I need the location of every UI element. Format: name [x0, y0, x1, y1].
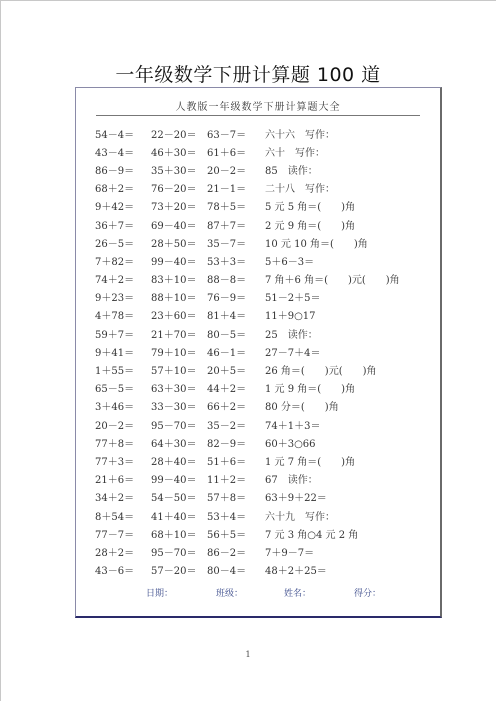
problem-row: 65－5＝63＋30＝44＋2＝1 元 9 角＝( )角 — [95, 379, 425, 397]
problem-cell: 53＋4＝ — [207, 508, 265, 523]
problem-cell: 60＋3○66 — [265, 435, 425, 450]
problem-cell: 78＋5＝ — [207, 198, 265, 213]
problem-cell: 87＋7＝ — [207, 217, 265, 232]
problem-cell: 63＋9＋22＝ — [265, 489, 425, 504]
problem-cell: 95－70＝ — [151, 417, 207, 432]
problem-cell: 8＋54＝ — [95, 508, 151, 523]
problem-row: 26－5＝28＋50＝35－7＝10 元 10 角＝( )角 — [95, 233, 425, 251]
problem-cell: 六十九 写作： — [265, 508, 425, 523]
problem-cell: 57＋10＝ — [151, 362, 207, 377]
problem-cell: 73＋20＝ — [151, 198, 207, 213]
problem-cell: 46－1＝ — [207, 344, 265, 359]
problem-row: 21＋6＝99－40＝11＋2＝67 读作： — [95, 470, 425, 488]
problem-cell: 3＋46＝ — [95, 398, 151, 413]
problem-cell: 23＋60＝ — [151, 307, 207, 322]
score-label: 得分： — [354, 586, 381, 599]
problem-cell: 68＋10＝ — [151, 526, 207, 541]
class-label: 班级： — [216, 586, 243, 599]
problem-cell: 80 分＝( )角 — [265, 398, 425, 413]
problem-cell: 35－2＝ — [207, 417, 265, 432]
page-number: 1 — [0, 650, 496, 659]
problem-cell: 28＋2＝ — [95, 544, 151, 559]
problem-row: 20－2＝95－70＝35－2＝74＋1＋3＝ — [95, 415, 425, 433]
problem-cell: 10 元 10 角＝( )角 — [265, 235, 425, 250]
problem-row: 28＋2＝95－70＝86－2＝7＋9－7＝ — [95, 542, 425, 560]
problem-cell: 74＋1＋3＝ — [265, 417, 425, 432]
problem-cell: 65－5＝ — [95, 380, 151, 395]
problem-row: 77－7＝68＋10＝56＋5＝7 元 3 角○4 元 2 角 — [95, 524, 425, 542]
problem-row: 59＋7＝21＋70＝80－5＝25 读作： — [95, 324, 425, 342]
problem-row: 4＋78＝23＋60＝81＋4＝11＋9○17 — [95, 306, 425, 324]
problem-row: 7＋82＝99－40＝53＋3＝5＋6－3＝ — [95, 251, 425, 269]
problem-row: 43－6＝57－20＝80－4＝48＋2＋25＝ — [95, 561, 425, 579]
problem-cell: 二十八 写作： — [265, 180, 425, 195]
problem-cell: 43－4＝ — [95, 144, 151, 159]
document-title: 一年级数学下册计算题 100 道 — [0, 60, 496, 87]
problem-cell: 7＋9－7＝ — [265, 544, 425, 559]
heading-divider — [96, 115, 420, 116]
problem-cell: 53＋3＝ — [207, 253, 265, 268]
problem-cell: 74＋2＝ — [95, 271, 151, 286]
problem-cell: 27－7＋4＝ — [265, 344, 425, 359]
problem-cell: 7＋82＝ — [95, 253, 151, 268]
problem-row: 9＋23＝88＋10＝76－9＝51－2＋5＝ — [95, 288, 425, 306]
problem-cell: 26－5＝ — [95, 235, 151, 250]
problem-cell: 36＋7＝ — [95, 217, 151, 232]
problem-cell: 9＋42＝ — [95, 198, 151, 213]
problem-cell: 81＋4＝ — [207, 307, 265, 322]
problem-cell: 1＋55＝ — [95, 362, 151, 377]
problem-cell: 9＋41＝ — [95, 344, 151, 359]
problem-cell: 20－2＝ — [95, 417, 151, 432]
problem-cell: 95－70＝ — [151, 544, 207, 559]
problem-row: 1＋55＝57＋10＝20＋5＝26 角＝( )元( )角 — [95, 360, 425, 378]
problem-cell: 11＋9○17 — [265, 307, 425, 322]
problem-cell: 51＋6＝ — [207, 453, 265, 468]
problem-cell: 88－8＝ — [207, 271, 265, 286]
problem-cell: 51－2＋5＝ — [265, 289, 425, 304]
problem-cell: 21＋70＝ — [151, 326, 207, 341]
problem-cell: 35＋30＝ — [151, 162, 207, 177]
problem-cell: 28＋40＝ — [151, 453, 207, 468]
problem-cell: 54－50＝ — [151, 489, 207, 504]
problem-cell: 85 读作： — [265, 162, 425, 177]
problem-cell: 66＋2＝ — [207, 398, 265, 413]
problem-cell: 76－20＝ — [151, 180, 207, 195]
worksheet-box: 人教版一年级数学下册计算题大全 54－4＝22－20＝63－7＝六十六 写作：4… — [75, 87, 442, 618]
problem-row: 86－9＝35＋30＝20－2＝85 读作： — [95, 160, 425, 178]
problem-cell: 67 读作： — [265, 471, 425, 486]
problem-cell: 86－2＝ — [207, 544, 265, 559]
problem-cell: 77＋8＝ — [95, 435, 151, 450]
problem-cell: 61＋6＝ — [207, 144, 265, 159]
problem-cell: 4＋78＝ — [95, 307, 151, 322]
problem-cell: 76－9＝ — [207, 289, 265, 304]
problem-cell: 44＋2＝ — [207, 380, 265, 395]
problem-cell: 26 角＝( )元( )角 — [265, 362, 425, 377]
problem-cell: 63－7＝ — [207, 126, 265, 141]
problem-row: 77＋8＝64＋30＝82－9＝60＋3○66 — [95, 433, 425, 451]
problem-cell: 77－7＝ — [95, 526, 151, 541]
problem-cell: 21－1＝ — [207, 180, 265, 195]
problem-row: 3＋46＝33－30＝66＋2＝80 分＝( )角 — [95, 397, 425, 415]
problem-cell: 5 元 5 角＝( )角 — [265, 198, 425, 213]
problem-cell: 20－2＝ — [207, 162, 265, 177]
problem-cell: 80－4＝ — [207, 562, 265, 577]
problem-cell: 77＋3＝ — [95, 453, 151, 468]
problem-cell: 79＋10＝ — [151, 344, 207, 359]
problem-cell: 22－20＝ — [151, 126, 207, 141]
problem-cell: 57－20＝ — [151, 562, 207, 577]
problem-cell: 56＋5＝ — [207, 526, 265, 541]
problem-row: 77＋3＝28＋40＝51＋6＝1 元 7 角＝( )角 — [95, 451, 425, 469]
problem-row: 43－4＝46＋30＝61＋6＝六十 写作： — [95, 142, 425, 160]
problem-cell: 5＋6－3＝ — [265, 253, 425, 268]
problem-cell: 2 元 9 角＝( )角 — [265, 217, 425, 232]
problem-row: 74＋2＝83＋10＝88－8＝7 角＋6 角＝( )元( )角 — [95, 270, 425, 288]
problem-cell: 11＋2＝ — [207, 471, 265, 486]
problem-cell: 28＋50＝ — [151, 235, 207, 250]
page-edge — [0, 0, 496, 1]
problem-cell: 99－40＝ — [151, 471, 207, 486]
worksheet-heading: 人教版一年级数学下册计算题大全 — [76, 98, 440, 113]
problem-row: 8＋54＝41＋40＝53＋4＝六十九 写作： — [95, 506, 425, 524]
problem-cell: 64＋30＝ — [151, 435, 207, 450]
problem-cell: 99－40＝ — [151, 253, 207, 268]
problem-cell: 82－9＝ — [207, 435, 265, 450]
problem-cell: 21＋6＝ — [95, 471, 151, 486]
problem-cell: 六十 写作： — [265, 144, 425, 159]
problem-row: 36＋7＝69－40＝87＋7＝2 元 9 角＝( )角 — [95, 215, 425, 233]
problem-cell: 41＋40＝ — [151, 508, 207, 523]
problem-cell: 35－7＝ — [207, 235, 265, 250]
problem-row: 9＋42＝73＋20＝78＋5＝5 元 5 角＝( )角 — [95, 197, 425, 215]
problem-cell: 48＋2＋25＝ — [265, 562, 425, 577]
problem-row: 9＋41＝79＋10＝46－1＝27－7＋4＝ — [95, 342, 425, 360]
problem-cell: 7 角＋6 角＝( )元( )角 — [265, 271, 425, 286]
problem-cell: 57＋8＝ — [207, 489, 265, 504]
problem-cell: 1 元 9 角＝( )角 — [265, 380, 425, 395]
problem-cell: 20＋5＝ — [207, 362, 265, 377]
problem-cell: 88＋10＝ — [151, 289, 207, 304]
problem-cell: 68＋2＝ — [95, 180, 151, 195]
problem-cell: 86－9＝ — [95, 162, 151, 177]
problem-cell: 69－40＝ — [151, 217, 207, 232]
problem-cell: 7 元 3 角○4 元 2 角 — [265, 526, 425, 541]
problem-row: 34＋2＝54－50＝57＋8＝63＋9＋22＝ — [95, 488, 425, 506]
problem-cell: 9＋23＝ — [95, 289, 151, 304]
problem-list: 54－4＝22－20＝63－7＝六十六 写作：43－4＝46＋30＝61＋6＝六… — [95, 124, 425, 579]
problem-cell: 63＋30＝ — [151, 380, 207, 395]
problem-cell: 83＋10＝ — [151, 271, 207, 286]
page-edge — [0, 0, 1, 701]
problem-cell: 六十六 写作： — [265, 126, 425, 141]
problem-cell: 54－4＝ — [95, 126, 151, 141]
problem-cell: 34＋2＝ — [95, 489, 151, 504]
problem-cell: 33－30＝ — [151, 398, 207, 413]
problem-cell: 59＋7＝ — [95, 326, 151, 341]
problem-cell: 25 读作： — [265, 326, 425, 341]
name-label: 姓名： — [284, 586, 311, 599]
problem-row: 54－4＝22－20＝63－7＝六十六 写作： — [95, 124, 425, 142]
problem-row: 68＋2＝76－20＝21－1＝二十八 写作： — [95, 179, 425, 197]
problem-cell: 43－6＝ — [95, 562, 151, 577]
problem-cell: 46＋30＝ — [151, 144, 207, 159]
problem-cell: 80－5＝ — [207, 326, 265, 341]
problem-cell: 1 元 7 角＝( )角 — [265, 453, 425, 468]
date-label: 日期： — [146, 586, 173, 599]
